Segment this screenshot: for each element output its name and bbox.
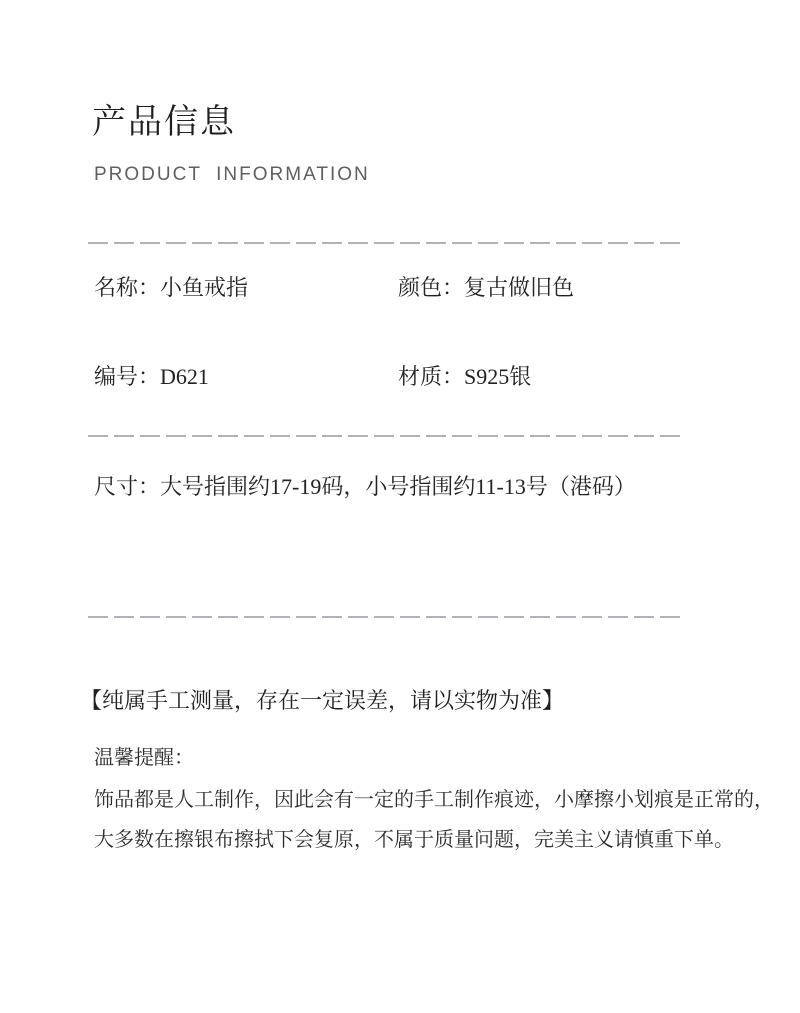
spec-product-name: 名称：小鱼戒指 [94, 277, 248, 299]
spec-product-code: 编号：D621 [94, 366, 209, 388]
reminder-text-line2: 大多数在擦银布擦拭下会复原，不属于质量问题，完美主义请慎重下单。 [94, 830, 734, 850]
page-title-english: PRODUCT INFORMATION [94, 165, 370, 184]
measurement-disclaimer: 【纯属手工测量，存在一定误差，请以实物为准】 [80, 690, 564, 712]
dashed-divider-top [88, 242, 682, 244]
reminder-title: 温馨提醒： [94, 748, 194, 768]
product-info-page: 产品信息 PRODUCT INFORMATION 名称：小鱼戒指 颜色：复古做旧… [0, 0, 800, 1013]
page-title-chinese: 产品信息 [92, 106, 236, 140]
spec-product-color: 颜色：复古做旧色 [398, 277, 574, 299]
dashed-divider-middle [88, 435, 682, 437]
reminder-text-line1: 饰品都是人工制作，因此会有一定的手工制作痕迹，小摩擦小划痕是正常的， [94, 790, 774, 810]
spec-product-size: 尺寸：大号指围约17-19码，小号指围约11-13号（港码） [94, 476, 636, 498]
dashed-divider-bottom [88, 616, 682, 618]
spec-product-material: 材质：S925银 [398, 366, 531, 388]
